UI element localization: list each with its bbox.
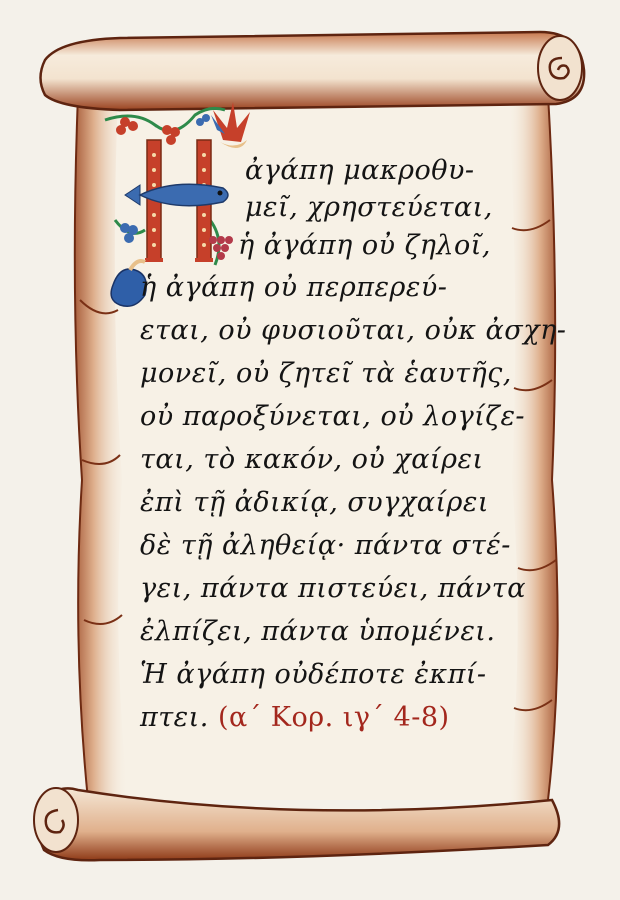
text-line: ἡ ἀγάπη οὐ ζηλοῖ,	[238, 230, 491, 261]
top-scroll-roll	[41, 32, 585, 110]
text-line: ἡ ἀγάπη οὐ περπερεύ-	[140, 272, 447, 303]
scripture-reference: (α΄ Κορ. ιγ΄ 4-8)	[218, 702, 450, 733]
text-line-last: πτει. (α΄ Κορ. ιγ΄ 4-8)	[140, 702, 450, 733]
text-line: ἐλπίζει, πάντα ὑπομένει.	[140, 616, 495, 647]
text-line: δὲ τῇ ἀληθείᾳ· πάντα στέ-	[140, 530, 511, 561]
text-line: οὐ παροξύνεται, οὐ λογίζε-	[140, 401, 525, 432]
text-line: γει, πάντα πιστεύει, πάντα	[140, 573, 526, 604]
text-line: ται, τὸ κακόν, οὐ χαίρει	[140, 444, 484, 475]
text-line: εται, οὐ φυσιοῦται, οὐκ ἀσχη-	[140, 315, 566, 346]
fish-icon	[125, 184, 228, 205]
text-line: μονεῖ, οὐ ζητεῖ τὰ ἑαυτῆς,	[140, 358, 512, 389]
text-line: ἐπὶ τῇ ἀδικίᾳ, συγχαίρει	[140, 487, 489, 518]
text-fragment: πτει.	[140, 702, 209, 733]
grapes-icon	[209, 236, 233, 260]
text-line: Ἡ ἀγάπη οὐδέποτε ἐκπί-	[140, 659, 487, 690]
text-line: μεῖ, χρηστεύεται,	[245, 192, 493, 223]
text-line: ἀγάπη μακροθυ-	[245, 155, 475, 186]
